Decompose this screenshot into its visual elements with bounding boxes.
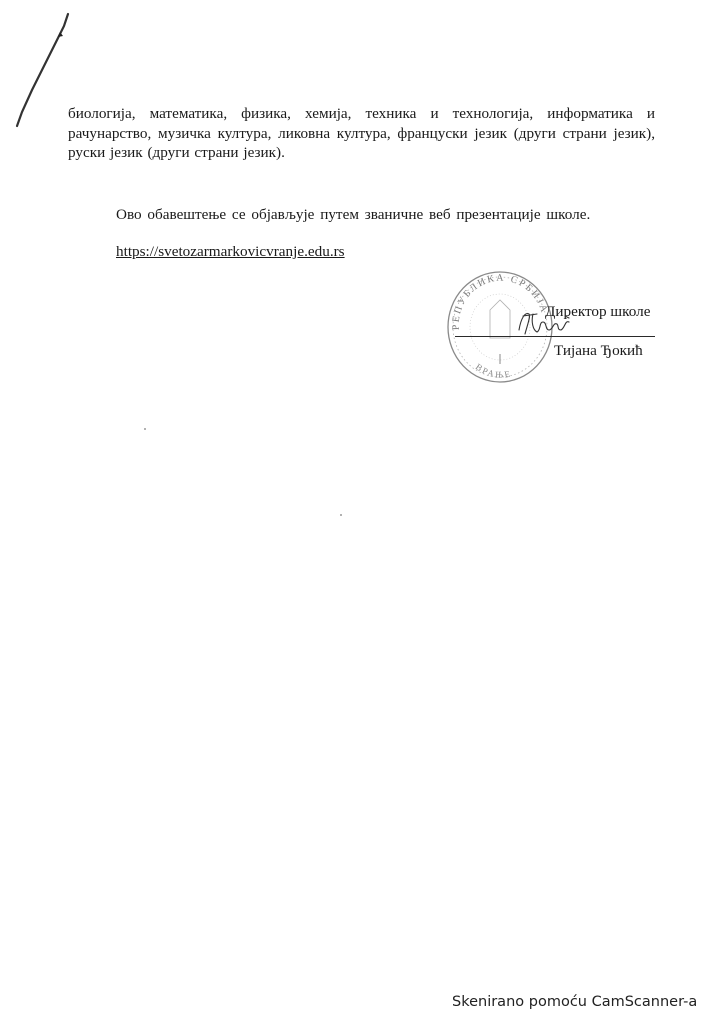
director-name: Тијана Ђокић [554,342,643,360]
pen-stroke-mark [10,10,70,130]
handwritten-signature [515,308,575,338]
subjects-paragraph: биологија, математика, физика, хемија, т… [68,104,655,163]
signature-line [455,336,655,337]
notice-text: Ово обавештење се објављује путем званич… [116,205,590,224]
scan-speck [340,514,342,516]
school-website-link[interactable]: https://svetozarmarkovicvranje.edu.rs [116,242,345,261]
camscanner-watermark: Skenirano pomoću CamScanner-a [452,994,697,1010]
scan-speck [144,428,146,430]
scanned-document-page: биологија, математика, физика, хемија, т… [0,0,724,1024]
